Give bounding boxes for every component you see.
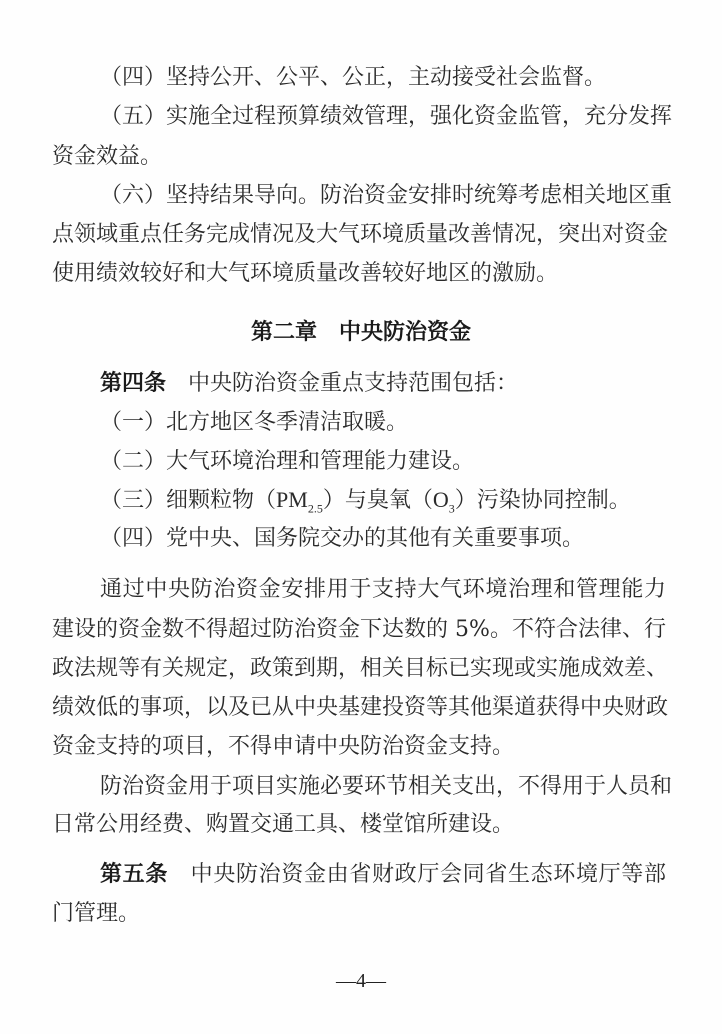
scope-item-3-post: ）污染协同控制。 — [455, 488, 631, 513]
scope-item-1: （一）北方地区冬季清洁取暖。 — [100, 408, 666, 438]
principle-5-line-1: （五）实施全过程预算绩效管理，强化资金监管，充分发挥 — [100, 102, 666, 132]
principle-6-line-3: 使用绩效较好和大气环境质量改善较好地区的激励。 — [52, 259, 666, 289]
principle-5-line-2: 资金效益。 — [52, 142, 666, 172]
para1-line-2: 建设的资金数不得超过防治资金下达数的 5%。不符合法律、行 — [52, 615, 666, 645]
scope-item-3: （三）细颗粒物（PM2.5）与臭氧（O3）污染协同控制。 — [100, 485, 666, 515]
chapter-heading: 第二章 中央防治资金 — [0, 318, 722, 348]
scope-item-2: （二）大气环境治理和管理能力建设。 — [100, 447, 666, 477]
article-4-label: 第四条 — [100, 371, 166, 396]
para1-line-4: 绩效低的事项，以及已从中央基建投资等其他渠道获得中央财政 — [52, 693, 666, 723]
article-4-text: 中央防治资金重点支持范围包括： — [166, 371, 518, 396]
scope-item-3-pre: （三）细颗粒物（ — [100, 488, 276, 513]
article-5-label: 第五条 — [100, 862, 168, 887]
principle-6-line-1: （六）坚持结果导向。防治资金安排时统筹考虑相关地区重 — [100, 181, 666, 211]
para2-line-2: 日常公用经费、购置交通工具、楼堂馆所建设。 — [52, 810, 666, 840]
principle-4: （四）坚持公开、公平、公正，主动接受社会监督。 — [100, 63, 666, 93]
ozone-label: O3 — [433, 487, 455, 512]
article-5: 第五条 中央防治资金由省财政厅会同省生态环境厅等部 — [100, 860, 666, 890]
article-5-text: 中央防治资金由省财政厅会同省生态环境厅等部 — [168, 862, 666, 887]
document-page: （四）坚持公开、公平、公正，主动接受社会监督。 （五）实施全过程预算绩效管理，强… — [0, 0, 722, 1034]
para2-line-1: 防治资金用于项目实施必要环节相关支出，不得用于人员和 — [100, 772, 666, 802]
article-5-continuation: 门管理。 — [52, 899, 666, 929]
scope-item-3-mid: ）与臭氧（ — [323, 488, 433, 513]
para1-line-1: 通过中央防治资金安排用于支持大气环境治理和管理能力 — [100, 575, 666, 605]
article-4: 第四条 中央防治资金重点支持范围包括： — [100, 369, 666, 399]
para1-line-3: 政法规等有关规定，政策到期，相关目标已实现或实施成效差、 — [52, 654, 666, 684]
scope-item-4: （四）党中央、国务院交办的其他有关重要事项。 — [100, 524, 666, 554]
para1-line-5: 资金支持的项目，不得申请中央防治资金支持。 — [52, 732, 666, 762]
page-number: —4— — [0, 968, 722, 994]
pm-label: PM2.5 — [276, 487, 323, 512]
principle-6-line-2: 点领域重点任务完成情况及大气环境质量改善情况，突出对资金 — [52, 220, 666, 250]
